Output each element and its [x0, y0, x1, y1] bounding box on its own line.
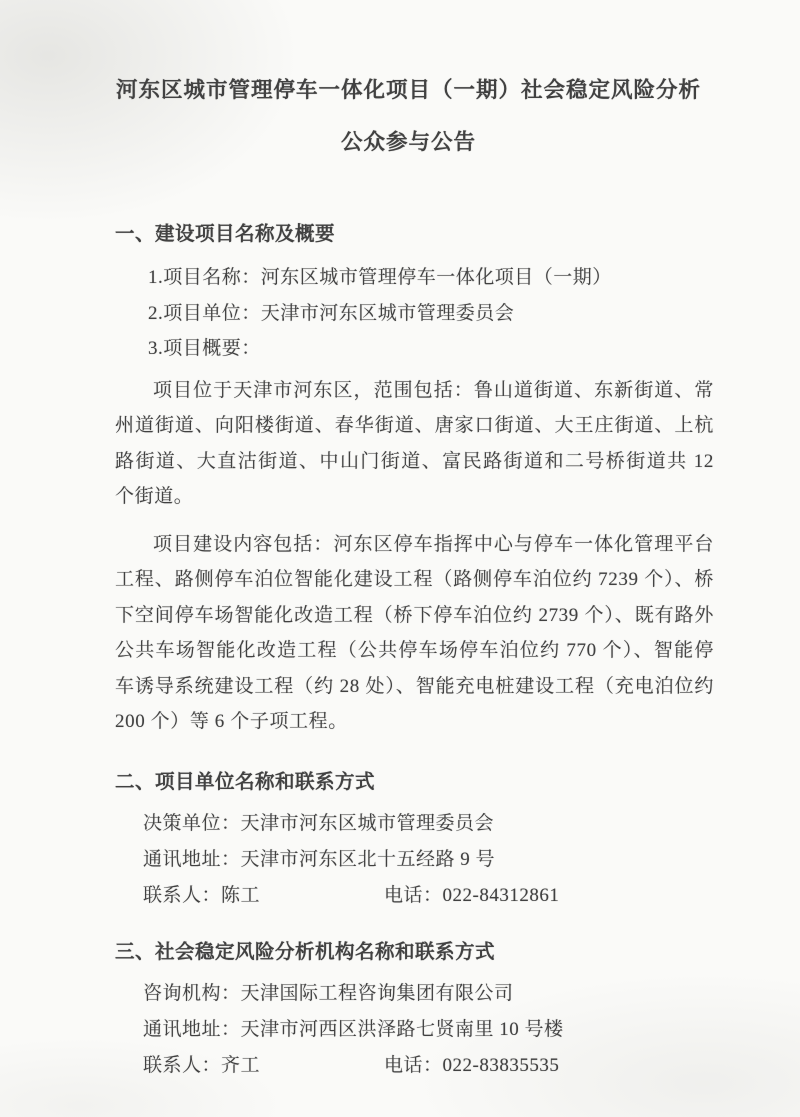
section2-phone: 电话：022-84312861 [384, 878, 559, 914]
document-title-line2: 公众参与公告 [103, 116, 714, 168]
section3-contact-row: 联系人：齐工 电话：022-83835535 [143, 1048, 714, 1084]
decision-unit-label: 决策单位： [143, 813, 241, 834]
section3-phone: 电话：022-83835535 [384, 1048, 559, 1084]
section3-contact-name: 齐工 [221, 1055, 260, 1076]
decision-unit-row: 决策单位：天津市河东区城市管理委员会 [143, 806, 714, 842]
section3-phone-label: 电话： [384, 1055, 443, 1076]
section2-heading: 二、项目单位名称和联系方式 [115, 770, 714, 796]
project-content-paragraph: 项目建设内容包括：河东区停车指挥中心与停车一体化管理平台工程、路侧停车泊位智能化… [115, 527, 714, 740]
section2-contact-name: 陈工 [221, 885, 260, 906]
document-title: 河东区城市管理停车一体化项目（一期）社会稳定风险分析 公众参与公告 [103, 64, 714, 168]
section2-phone-number: 022-84312861 [443, 885, 560, 906]
agency-value: 天津国际工程咨询集团有限公司 [241, 983, 514, 1004]
agency-label: 咨询机构： [143, 983, 241, 1004]
section3-address-label: 通讯地址： [143, 1019, 241, 1040]
project-summary-item: 3.项目概要： [148, 331, 714, 367]
project-location-paragraph: 项目位于天津市河东区，范围包括：鲁山道街道、东新街道、常州道街道、向阳楼街道、春… [115, 373, 714, 515]
section2-address-row: 通讯地址：天津市河东区北十五经路 9 号 [143, 842, 714, 878]
section3-address-value: 天津市河西区洪泽路七贤南里 10 号楼 [241, 1019, 564, 1040]
section2-address-label: 通讯地址： [143, 849, 241, 870]
section3-contact-block: 咨询机构：天津国际工程咨询集团有限公司 通讯地址：天津市河西区洪泽路七贤南里 1… [115, 976, 714, 1084]
project-unit-item: 2.项目单位：天津市河东区城市管理委员会 [148, 296, 714, 332]
section2-contact-label: 联系人： [143, 885, 221, 906]
section2-address-value: 天津市河东区北十五经路 9 号 [241, 849, 496, 870]
section3-address-row: 通讯地址：天津市河西区洪泽路七贤南里 10 号楼 [143, 1012, 714, 1048]
document-title-line1: 河东区城市管理停车一体化项目（一期）社会稳定风险分析 [103, 64, 714, 116]
decision-unit-value: 天津市河东区城市管理委员会 [241, 813, 495, 834]
section3-phone-number: 022-83835535 [443, 1055, 560, 1076]
section3-contact-label: 联系人： [143, 1055, 221, 1076]
document-page: 河东区城市管理停车一体化项目（一期）社会稳定风险分析 公众参与公告 一、建设项目… [0, 0, 800, 1117]
section1-items: 1.项目名称：河东区城市管理停车一体化项目（一期） 2.项目单位：天津市河东区城… [115, 260, 714, 367]
agency-row: 咨询机构：天津国际工程咨询集团有限公司 [143, 976, 714, 1012]
section1-heading: 一、建设项目名称及概要 [115, 222, 714, 248]
section2-contact-row: 联系人：陈工 电话：022-84312861 [143, 878, 714, 914]
project-name-item: 1.项目名称：河东区城市管理停车一体化项目（一期） [148, 260, 714, 296]
section2-contact-block: 决策单位：天津市河东区城市管理委员会 通讯地址：天津市河东区北十五经路 9 号 … [115, 806, 714, 914]
section2-phone-label: 电话： [384, 885, 443, 906]
section3-heading: 三、社会稳定风险分析机构名称和联系方式 [115, 940, 714, 966]
